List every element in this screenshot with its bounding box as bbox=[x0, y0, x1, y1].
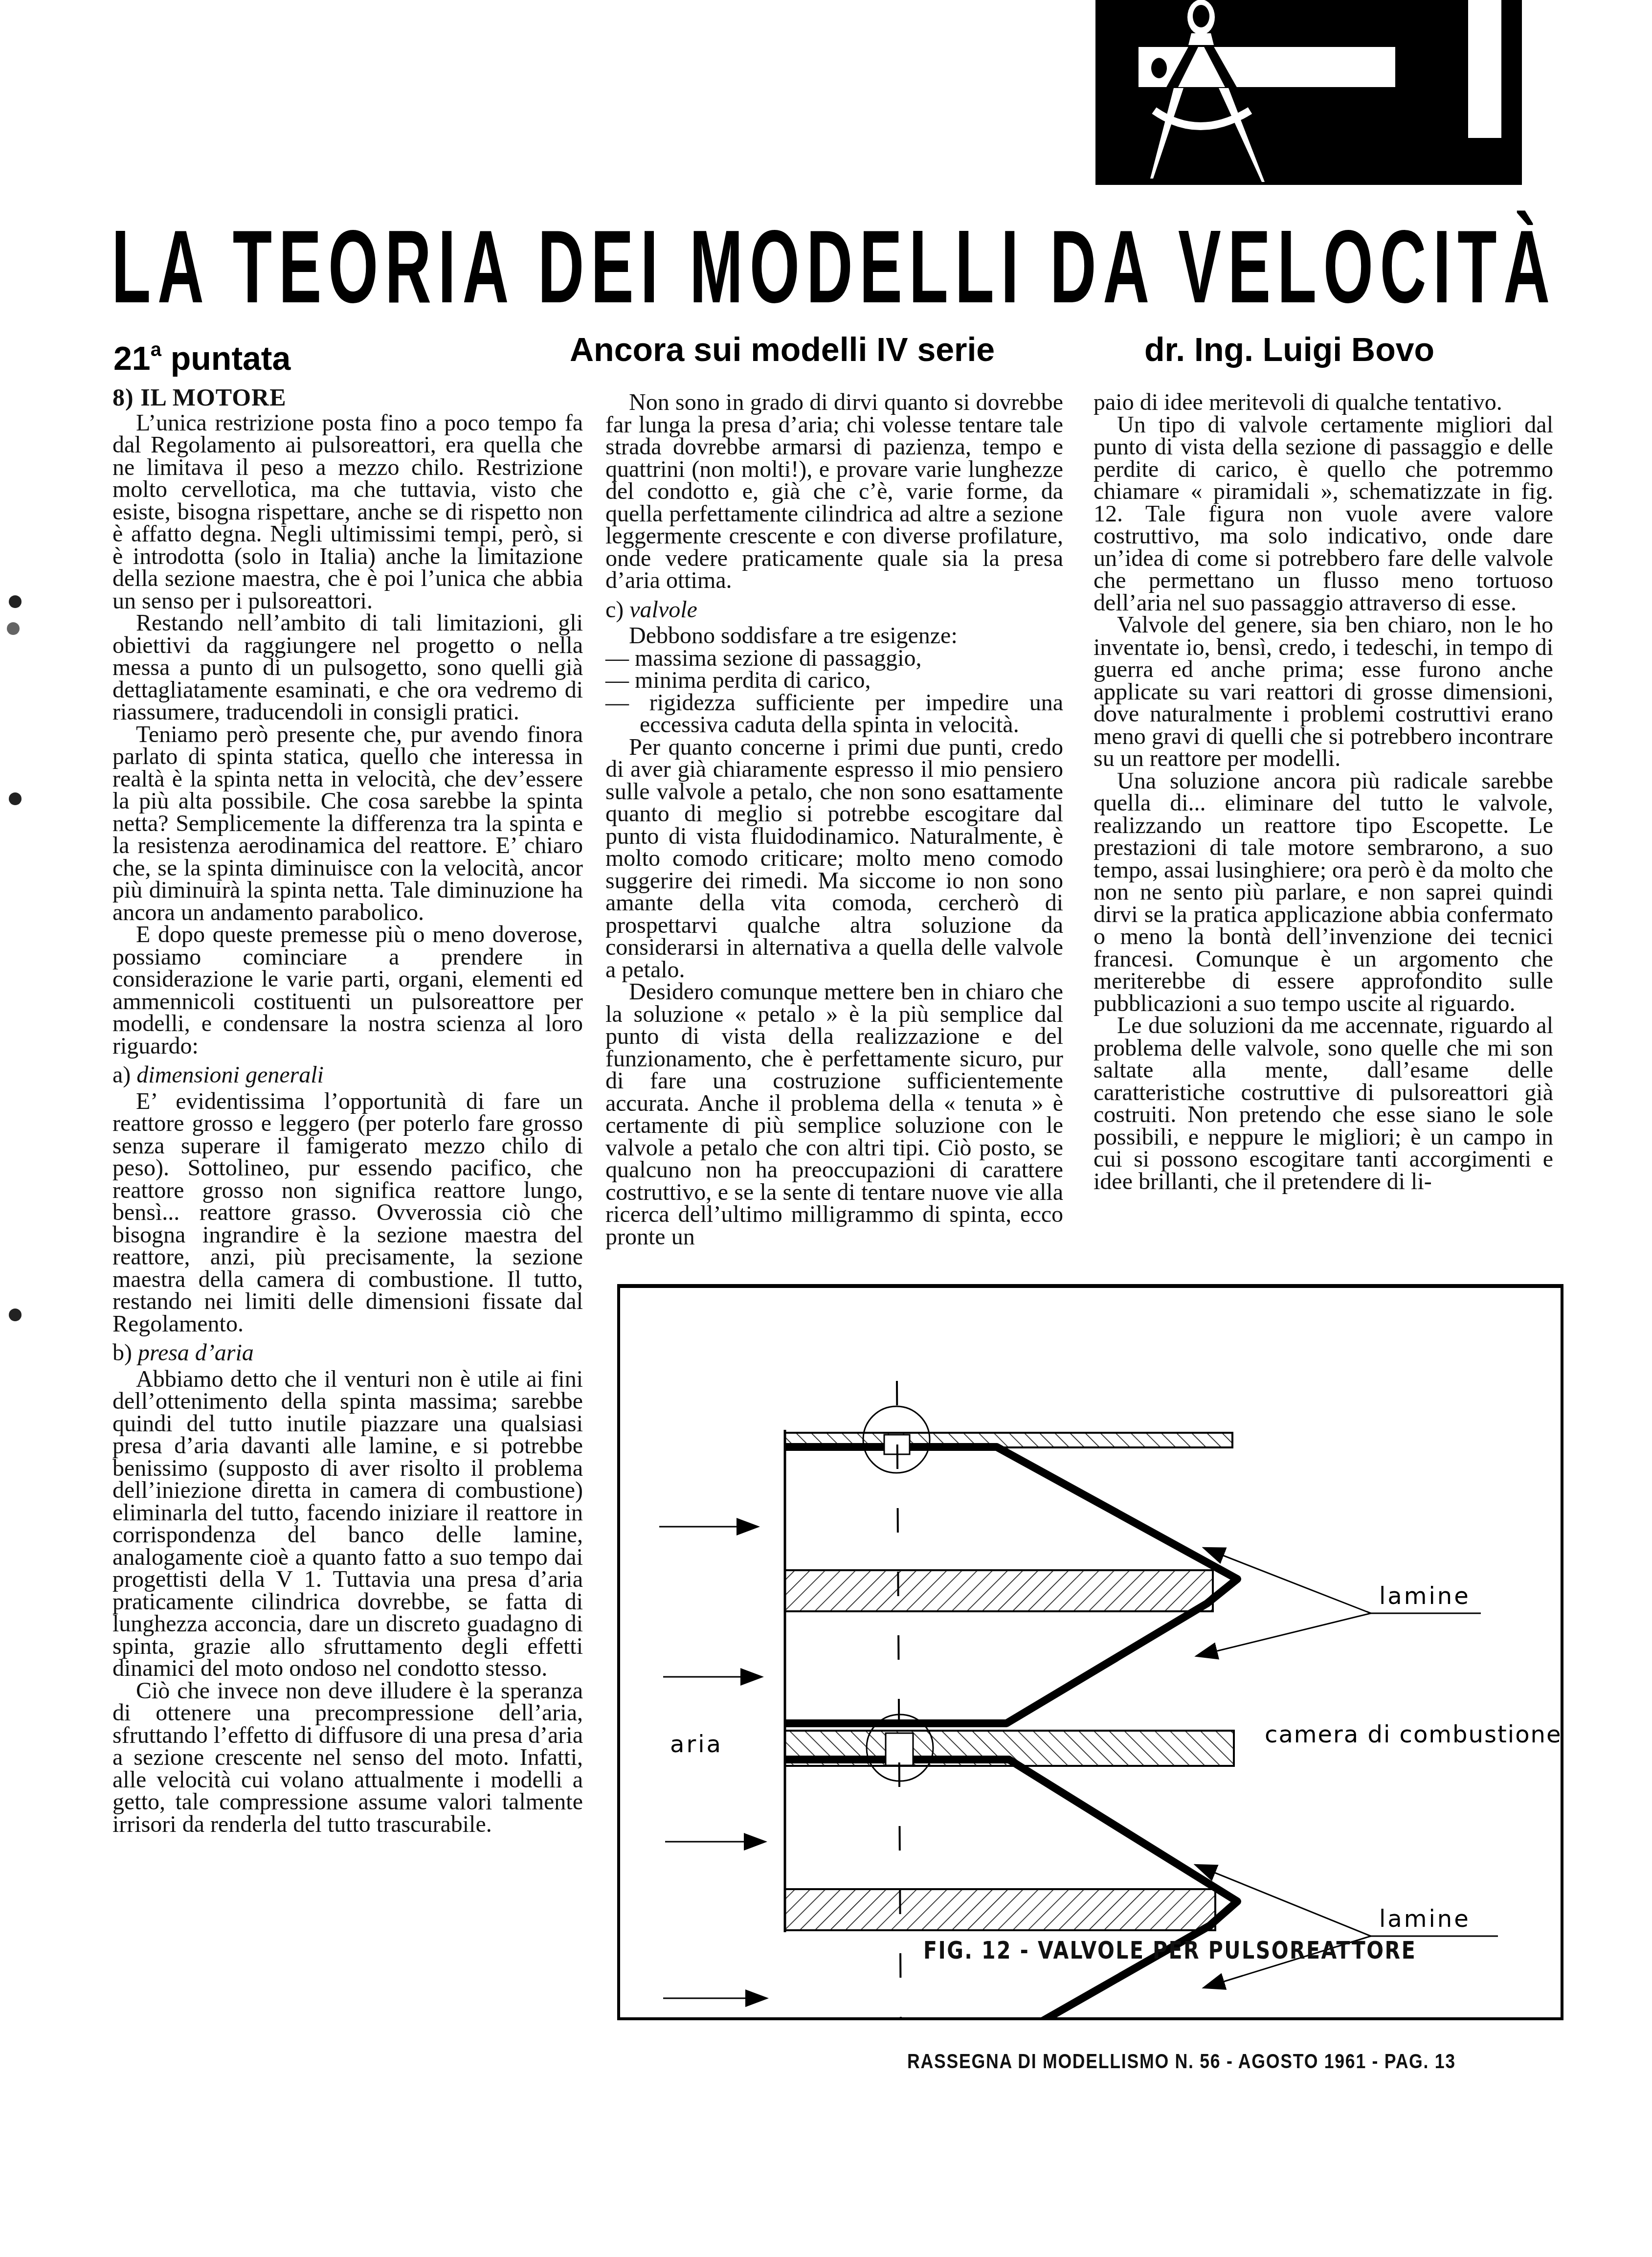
compass-and-t-square-icon bbox=[1095, 0, 1522, 185]
figure-caption: FIG. 12 - VALVOLE PER PULSOREATTORE bbox=[923, 1936, 1416, 1964]
list-item: — rigidezza sufficiente per impedire una… bbox=[605, 692, 1063, 736]
paragraph: Teniamo però presente che, pur avendo fi… bbox=[112, 723, 583, 924]
binding-hole-mark bbox=[9, 1309, 22, 1321]
label-combustion-chamber: camera di combustione bbox=[1265, 1721, 1562, 1748]
binding-hole-mark bbox=[9, 595, 22, 608]
text-column-3: paio di idee meritevoli di qualche tenta… bbox=[1094, 391, 1553, 1193]
paragraph: Le due soluzioni da me accennate, riguar… bbox=[1094, 1015, 1553, 1193]
article-subtitle: Ancora sui modelli IV serie bbox=[570, 328, 995, 372]
label-air: aria bbox=[670, 1731, 723, 1758]
subsection-heading: a) dimensioni generali bbox=[112, 1064, 583, 1086]
page-footer: RASSEGNA DI MODELLISMO N. 56 - AGOSTO 19… bbox=[907, 2050, 1456, 2073]
paragraph: Desidero comunque mettere ben in chiaro … bbox=[605, 981, 1063, 1248]
paragraph: Una soluzione ancora più radicale sarebb… bbox=[1094, 770, 1553, 1015]
paragraph: Un tipo di valvole certamente migliori d… bbox=[1094, 414, 1553, 614]
text-column-1: 8) IL MOTORE L’unica restrizione posta f… bbox=[112, 386, 583, 1835]
episode-label: 21a puntata bbox=[113, 328, 290, 381]
binding-hole-mark bbox=[7, 622, 20, 635]
paragraph: Abbiamo detto che il venturi non è utile… bbox=[112, 1368, 583, 1680]
author-byline: dr. Ing. Luigi Bovo bbox=[1144, 328, 1434, 372]
paragraph: E dopo queste premesse più o meno dovero… bbox=[112, 924, 583, 1057]
paragraph: Ciò che invece non deve illudere è la sp… bbox=[112, 1680, 583, 1836]
paragraph: Non sono in grado di dirvi quanto si dov… bbox=[605, 391, 1063, 592]
list-item: — massima sezione di passaggio, bbox=[605, 647, 1063, 670]
paragraph: Valvole del genere, sia ben chiaro, non … bbox=[1094, 614, 1553, 770]
label-lamine-top: lamine bbox=[1379, 1582, 1471, 1610]
paragraph: Debbono soddisfare a tre esigenze: bbox=[605, 625, 1063, 647]
text-column-2: Non sono in grado di dirvi quanto si dov… bbox=[605, 391, 1063, 1248]
paragraph: Restando nell’ambito di tali limitazioni… bbox=[112, 612, 583, 723]
list-item: — minima perdita di carico, bbox=[605, 669, 1063, 692]
paragraph: E’ evidentissima l’opportunità di fare u… bbox=[112, 1090, 583, 1335]
binding-hole-mark bbox=[9, 792, 22, 805]
paragraph: paio di idee meritevoli di qualche tenta… bbox=[1094, 391, 1553, 414]
page-title: LA TEORIA DEI MODELLI DA VELOCITÀ bbox=[112, 205, 1004, 328]
figure-valve-diagram: aria lamine camera di combustione lamine… bbox=[617, 1284, 1563, 2020]
paragraph: L’unica restrizione posta fino a poco te… bbox=[112, 412, 583, 612]
subsection-heading: b) presa d’aria bbox=[112, 1342, 583, 1364]
paragraph: Per quanto concerne i primi due punti, c… bbox=[605, 736, 1063, 981]
label-lamine-bottom: lamine bbox=[1379, 1905, 1471, 1933]
subsection-heading: c) valvole bbox=[605, 599, 1063, 621]
section-heading: 8) IL MOTORE bbox=[112, 386, 583, 409]
